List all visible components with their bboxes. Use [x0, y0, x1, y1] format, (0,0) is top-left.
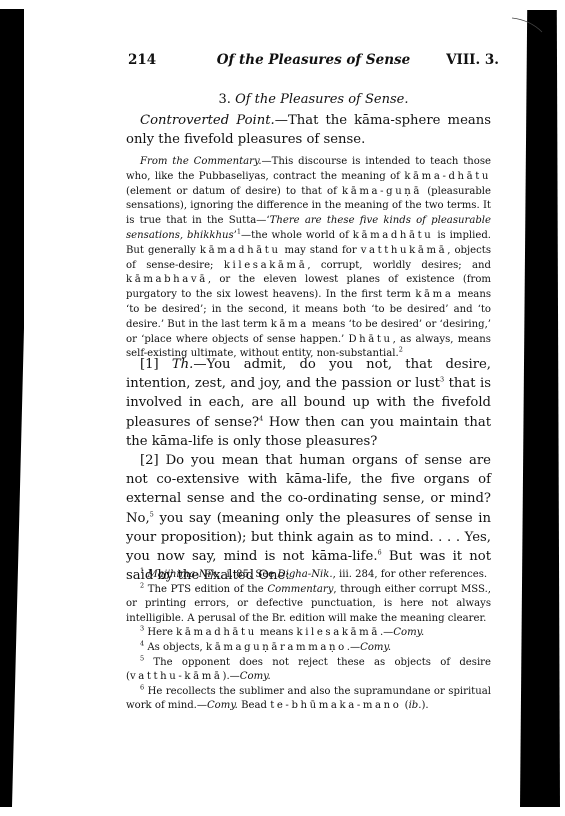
pali-term: kāmabhavā — [126, 274, 208, 285]
footnote-ref: 2 — [140, 581, 144, 589]
pali-term: Dhātu — [348, 334, 392, 345]
controverted-point: Controverted Point.—That the kāma-sphere… — [126, 111, 491, 149]
scan-border-right — [520, 10, 560, 807]
commentary-label: From the Commentary. — [140, 156, 262, 167]
pali-term: kāma — [271, 319, 309, 330]
italic-text: Comy. — [393, 627, 424, 638]
pali-term: kāmadhātu — [176, 627, 257, 638]
footnote-1: 1 Majjhima-Nik., i. 85. See Digha-Nik., … — [126, 568, 491, 583]
footnote-ref: 3 — [140, 625, 144, 633]
footnote-ref: 1 — [140, 567, 144, 575]
pali-term: vatthukāmā — [361, 245, 448, 256]
footnote-3: 3 Here kāmadhātu means kilesakāmā.—Comy. — [126, 626, 491, 641]
italic-text: Comy. — [360, 642, 391, 653]
italic-text: Digha-Nik. — [278, 569, 333, 580]
paragraph-1: [1] Th.—You admit, do you not, that desi… — [126, 355, 491, 451]
footnote-ref: 4 — [259, 414, 263, 422]
italic-text: Commentary — [267, 584, 333, 595]
pali-term: kāmadhātu — [353, 230, 434, 241]
footnote-ref: 4 — [140, 640, 144, 648]
commentary-text: —This discourse is intended to teach tho… — [126, 156, 491, 359]
pencil-mark — [510, 14, 560, 44]
pali-term: kāmaguṇārammaṇo — [206, 642, 347, 653]
section-number: VIII. 3. — [446, 52, 499, 68]
paragraph-2: [2] Do you mean that human organs of sen… — [126, 451, 491, 585]
italic-text: Majjhima-Nik. — [147, 569, 220, 580]
italic-text: ib. — [409, 700, 422, 711]
pali-term: kāma-dhātu — [404, 171, 491, 182]
pali-term: kāma-guṇā — [342, 186, 422, 197]
footnotes: 1 Majjhima-Nik., i. 85. See Digha-Nik., … — [126, 568, 491, 714]
running-head: 214 Of the Pleasures of Sense VIII. 3. — [126, 52, 501, 72]
scan-border-left — [0, 9, 24, 807]
footnote-4: 4 As objects, kāmaguṇārammaṇo.—Comy. — [126, 641, 491, 656]
footnote-5: 5 The opponent does not reject these as … — [126, 656, 491, 685]
italic-text: Th. — [172, 357, 193, 372]
pali-term: kilesakāmā — [296, 627, 379, 638]
footnote-ref: 3 — [440, 376, 444, 384]
section-heading-number: 3. — [219, 92, 231, 107]
pali-term: kāma — [415, 289, 453, 300]
pali-term: te-bhūmaka-mano — [270, 700, 401, 711]
controverted-point-label: Controverted Point. — [140, 113, 275, 128]
footnote-ref: 2 — [399, 346, 403, 354]
section-heading: 3. Of the Pleasures of Sense. — [126, 92, 501, 107]
section-heading-title: Of the Pleasures of Sense. — [235, 92, 408, 107]
footnote-ref: 5 — [140, 654, 144, 662]
footnote-6: 6 He recollects the sublimer and also th… — [126, 685, 491, 714]
italic-text: Comy. — [240, 671, 271, 682]
italic-text: There are these five kinds of pleasurabl… — [126, 215, 491, 241]
running-title: Of the Pleasures of Sense — [126, 52, 501, 68]
pali-term: kilesakāmā — [224, 260, 307, 271]
footnote-2: 2 The PTS edition of the Commentary, thr… — [126, 583, 491, 627]
footnote-ref: 5 — [150, 510, 154, 518]
pali-term: vatthu-kāmā — [130, 671, 223, 682]
footnote-ref: 6 — [140, 683, 144, 691]
pali-term: kāmadhātu — [200, 245, 281, 256]
italic-text: Comy. — [207, 700, 238, 711]
footnote-ref: 1 — [237, 228, 241, 236]
footnote-ref: 6 — [378, 549, 382, 557]
commentary-paragraph: From the Commentary.—This discourse is i… — [126, 155, 491, 362]
